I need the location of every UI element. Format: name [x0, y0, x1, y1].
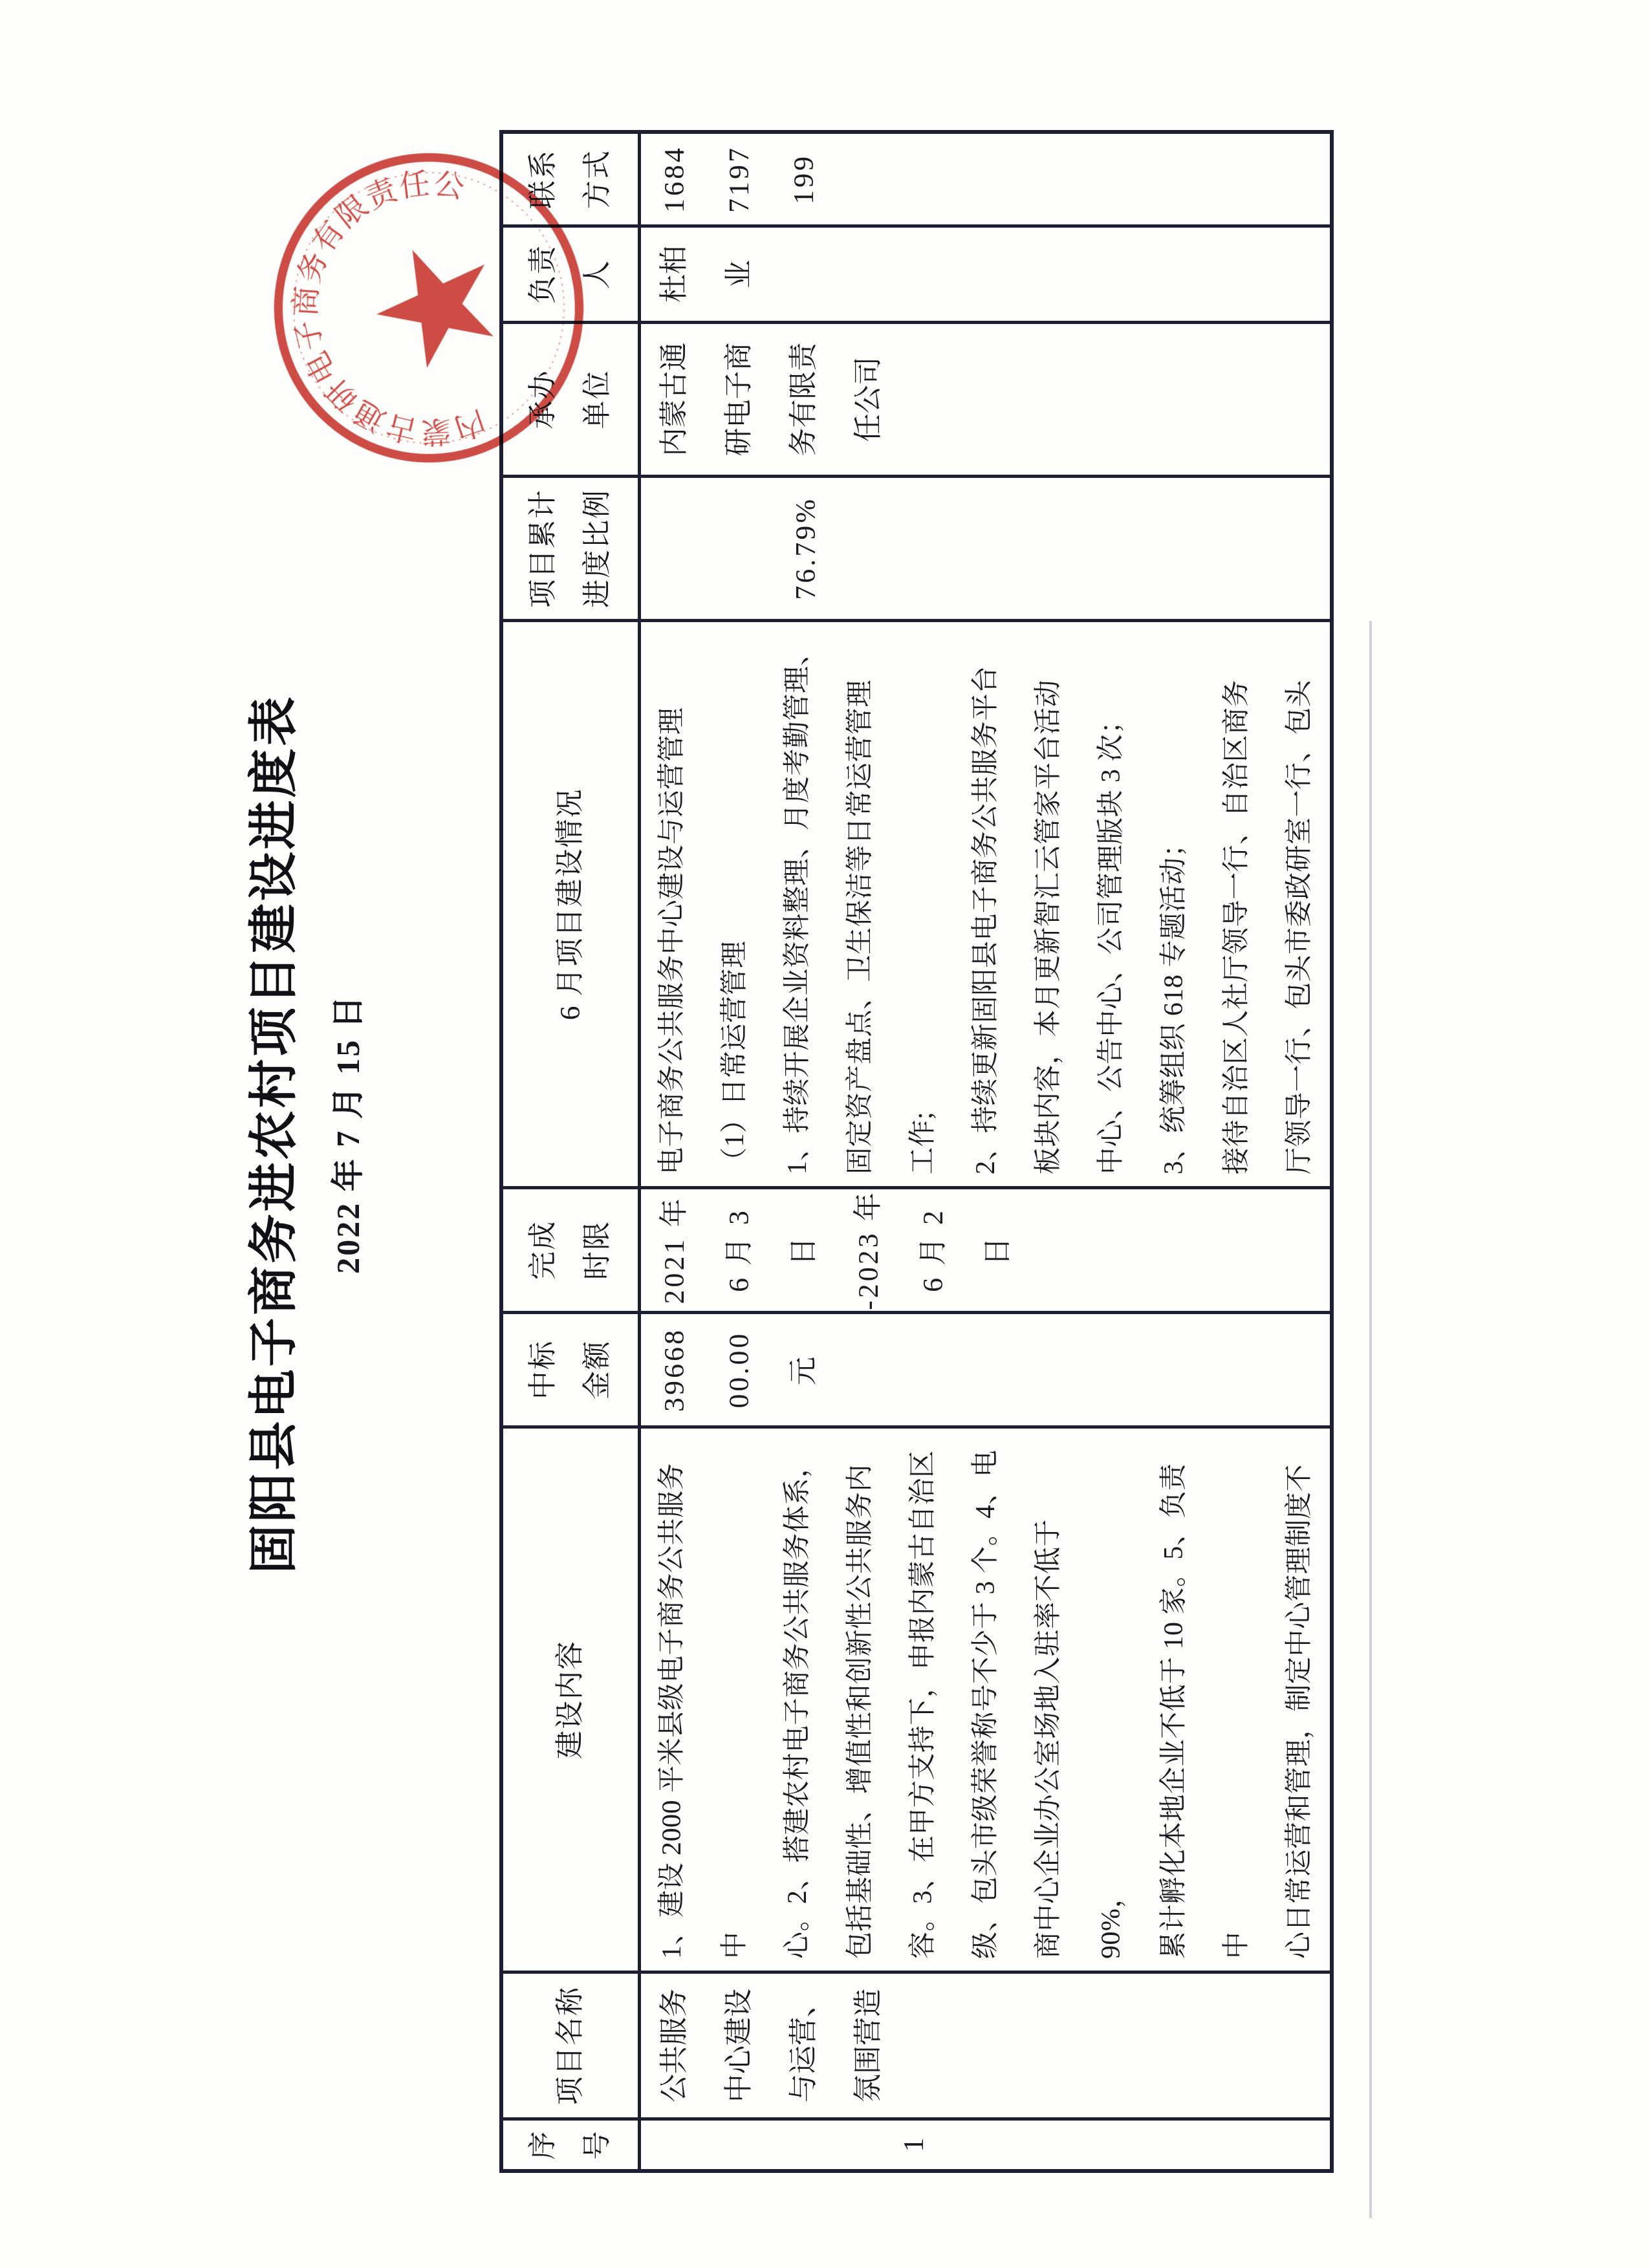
cell-xuhao: 1 — [641, 2117, 1330, 2169]
col-header-neirong: 建设内容 — [503, 1425, 641, 1971]
cell-neirong: 1、建设 2000 平米县级电子商务公共服务中 心。2、搭建农村电子商务公共服务… — [641, 1425, 1330, 1971]
cell-mingcheng: 公共服务 中心建设 与运营、 氛围营造 — [641, 1971, 1330, 2117]
cell-zhongbiao: 39668 00.00 元 — [641, 1311, 1330, 1425]
col-header-yue6: 6 月项目建设情况 — [503, 619, 641, 1186]
col-header-leiji: 项目累计 进度比例 — [503, 475, 641, 619]
cell-leiji: 76.79% — [641, 475, 1330, 619]
cell-yue6: 电子商务公共服务中心建设与运营管理 （1）日常运营管理 1、持续开展企业资料整理… — [641, 619, 1330, 1186]
rotated-landscape-page: 固阳县电子商务进农村项目建设进度表 2022 年 7 月 15 日 序 号 项目… — [0, 0, 1650, 2268]
col-header-xuhao: 序 号 — [503, 2117, 641, 2169]
cell-chengban: 内蒙古通 研电子商 务有限责 任公司 — [641, 321, 1330, 475]
scan-crease-artifact — [1369, 621, 1372, 2218]
col-header-mingcheng: 项目名称 — [503, 1971, 641, 2117]
col-header-wancheng: 完成 时限 — [503, 1186, 641, 1311]
cell-wancheng: 2021 年 6 月 3 日 -2023 年 6 月 2 日 — [641, 1186, 1330, 1311]
red-official-seal: 内蒙古通研电子商务有限责任公司 — [245, 124, 613, 491]
cell-lianxi: 1684 7197 199 — [641, 134, 1330, 224]
progress-table: 序 号 项目名称 建设内容 中标 金额 完成 时限 6 月项目建设情况 项目累计… — [499, 130, 1334, 2173]
col-header-zhongbiao: 中标 金额 — [503, 1311, 641, 1425]
cell-fuzeren: 杜柏 业 — [641, 224, 1330, 321]
star-icon — [369, 241, 497, 373]
